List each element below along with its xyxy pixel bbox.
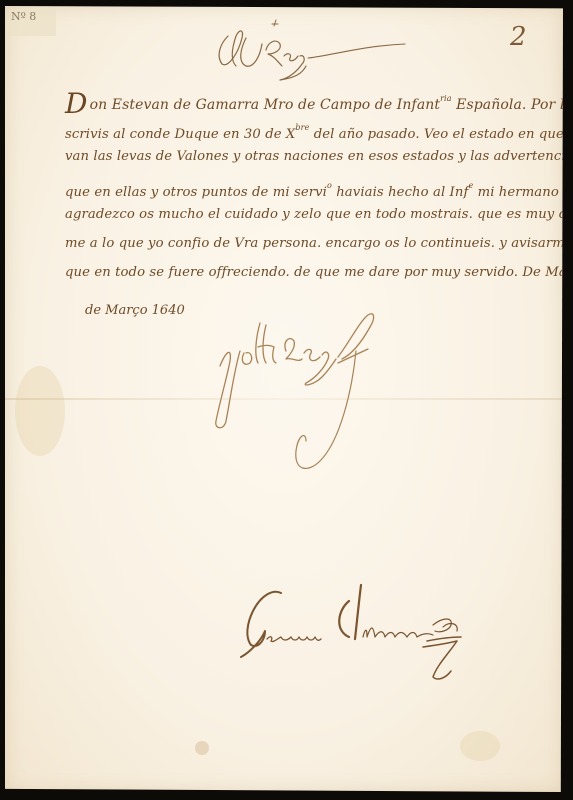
paper-stain (195, 741, 209, 755)
body-line-2: scrivis al conde Duque en 30 de Xbre del… (65, 113, 565, 142)
body-line-4: que en ellas y otros puntos de mi servio… (65, 171, 565, 200)
letter-body: Don Estevan de Gamarra Mro de Campo de I… (65, 84, 565, 287)
manuscript-page: Nº 8 2 Don Estevan de Gamarra Mro de Cam… (5, 6, 563, 792)
royal-signature-yo-el-rey (210, 311, 410, 491)
paper-stain (15, 366, 65, 456)
date-line: de Março 1640 (85, 303, 185, 318)
body-line-5: agradezco os mucho el cuidado y zelo que… (65, 200, 565, 229)
paper-stain (460, 731, 500, 761)
archive-mark: Nº 8 (8, 10, 56, 36)
body-line-1: Don Estevan de Gamarra Mro de Campo de I… (65, 84, 565, 113)
body-line-3: van las levas de Valones y otras nacione… (65, 142, 565, 171)
page-number: 2 (510, 22, 527, 52)
secretary-signature-geronimo-villanueva (237, 581, 507, 691)
body-line-7: que en todo se fuere offreciendo. de que… (65, 258, 565, 287)
body-line-6: me a lo que yo confio de Vra persona. en… (65, 229, 565, 258)
heading-signature-el-rey (210, 16, 430, 86)
